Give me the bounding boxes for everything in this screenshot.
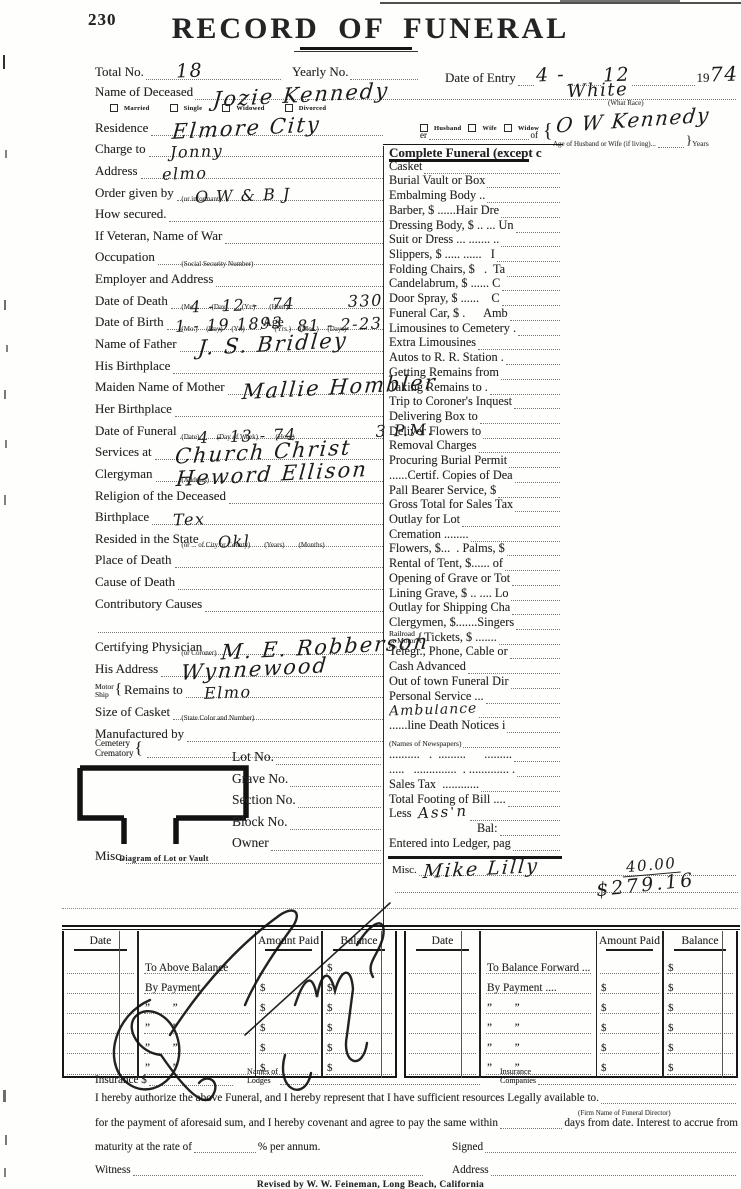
form-row: Place of Death bbox=[95, 547, 383, 569]
charge-item: .......... . ......... ......... bbox=[389, 748, 562, 763]
field-line bbox=[169, 206, 383, 222]
form-row: Occupation (Social Security Number) bbox=[95, 244, 383, 266]
charge-item-label: Barber, $ ......Hair Dre bbox=[389, 203, 499, 218]
charge-item-line bbox=[481, 780, 560, 792]
charge-item-line bbox=[510, 647, 560, 659]
widower-er-fragment: er bbox=[420, 130, 427, 140]
form-row: Employer and Address bbox=[95, 265, 383, 287]
companies-row: Insurance Companies bbox=[500, 1068, 738, 1085]
form-row: If Veteran, Name of War bbox=[95, 222, 383, 244]
payment-desc-cell: ” ” bbox=[481, 997, 596, 1017]
form-row: Birthplace Tex bbox=[95, 504, 383, 526]
charge-item-line bbox=[513, 839, 560, 851]
charge-item: Entered into Ledger, pag bbox=[389, 836, 562, 851]
charge-item: Sales Tax ............ bbox=[389, 777, 562, 792]
cell-dotted-line bbox=[667, 973, 733, 974]
charge-item-label: Door Spray, $ ...... C bbox=[389, 291, 500, 306]
field-sublabel: (or Coroner) bbox=[181, 649, 216, 657]
charge-item: Folding Chairs, $ . Ta bbox=[389, 262, 562, 277]
charge-item: Autos to R. R. Station . bbox=[389, 350, 562, 365]
lot-field-line bbox=[298, 793, 381, 808]
payment-balance-value: $ bbox=[664, 1017, 736, 1034]
checkbox-label: Divorced bbox=[299, 105, 327, 112]
charge-item-line bbox=[508, 795, 560, 807]
misc-left-row: Misc. bbox=[95, 848, 383, 864]
form-row: Date of Death 4 - 12 - 74 330 (Mo.) (Day… bbox=[95, 287, 383, 309]
misc-left-label: Misc. bbox=[95, 848, 124, 864]
charge-item-line bbox=[471, 530, 560, 542]
cell-dotted-line bbox=[600, 1013, 660, 1014]
checkbox-label: Married bbox=[124, 105, 150, 112]
charge-item: Less Ass'n bbox=[389, 807, 562, 822]
checkbox-icon bbox=[222, 104, 230, 112]
form-row: How secured. bbox=[95, 201, 383, 223]
charge-item: Extra Limousines bbox=[389, 336, 562, 351]
charge-item-label: Telegr., Phone, Cable or bbox=[389, 645, 508, 660]
field-label: Date of Birth bbox=[95, 314, 164, 330]
checkbox-icon bbox=[285, 104, 293, 112]
form-row: Residence Elmore City bbox=[95, 114, 383, 136]
charge-item: Barber, $ ......Hair Dre bbox=[389, 203, 562, 218]
field-sublabel: (State Color and Number) bbox=[181, 714, 254, 722]
field-label: Cause of Death bbox=[95, 574, 175, 590]
charge-item: (Names of Newspapers) bbox=[389, 733, 562, 748]
charge-item-line bbox=[501, 206, 560, 218]
charge-item-label: Flowers, $... . Palms, $ bbox=[389, 542, 505, 557]
form-row bbox=[95, 612, 383, 634]
charge-item-line bbox=[500, 824, 561, 836]
field-label: Services at bbox=[95, 444, 152, 460]
charge-item-label: Lining Grave, $ .. .... Lo bbox=[389, 586, 509, 601]
charge-item-line bbox=[483, 427, 560, 439]
charge-item-label: Casket bbox=[389, 159, 422, 174]
payment-balance-value: $ bbox=[664, 997, 736, 1014]
charge-item-label: Personal Service ... bbox=[389, 689, 484, 704]
form-row: Order given by O W & B J (or informant) bbox=[95, 179, 383, 201]
charge-item-hand-value: Ass'n bbox=[417, 807, 468, 822]
payment-desc-cell: ” ” bbox=[481, 1037, 596, 1057]
payment-balance-value: $ bbox=[664, 977, 736, 994]
lot-field-line bbox=[290, 772, 381, 787]
payment-desc: ” ” bbox=[481, 1037, 596, 1054]
field-line: Mallie Hombler bbox=[228, 379, 383, 395]
charge-item-line bbox=[424, 162, 560, 174]
charge-item-label: Less bbox=[389, 807, 412, 822]
charge-item: Telegr., Phone, Cable or bbox=[389, 645, 562, 660]
lot-field-label: Section No. bbox=[232, 792, 296, 808]
signed-line bbox=[485, 1142, 736, 1153]
form-row: Services at Church Christ bbox=[95, 439, 383, 461]
insurance-companies-label: Insurance Companies bbox=[500, 1068, 536, 1085]
total-no-label: Total No. bbox=[95, 64, 144, 80]
scan-artifact-line bbox=[560, 0, 680, 2]
charge-item-line bbox=[505, 559, 560, 571]
field-line: Elmo bbox=[186, 682, 383, 698]
page-title: RECORD OF FUNERAL bbox=[0, 12, 741, 46]
payment-amount-value: $ bbox=[597, 1037, 662, 1054]
scan-artifact-mark bbox=[4, 495, 6, 505]
item-stacked-prefix: Railroador Motor bbox=[389, 630, 416, 645]
spouse-age-row: Age of Husband or Wife (if living)... Ye… bbox=[553, 132, 738, 148]
lot-vault-diagram-drawing bbox=[76, 764, 252, 852]
scan-artifact-mark bbox=[6, 345, 8, 352]
left-form-rows: Residence Elmore City Charge to Jonny Ad… bbox=[95, 114, 383, 742]
charge-item-label: Out of town Funeral Dir bbox=[389, 674, 509, 689]
companies-label-line2: Companies bbox=[500, 1077, 536, 1086]
charge-item-label: Rental of Tent, $...... of bbox=[389, 556, 503, 571]
charge-item: Taking Remains to . bbox=[389, 380, 562, 395]
charge-item: Total Footing of Bill .... bbox=[389, 792, 562, 807]
scan-artifact-mark bbox=[5, 1135, 7, 1145]
charge-item-line bbox=[502, 279, 560, 291]
misc-right-label: Misc. bbox=[392, 864, 417, 876]
field-label: Date of Death bbox=[95, 293, 168, 309]
charge-item: Deliver Flowers to bbox=[389, 424, 562, 439]
name-of-deceased-row: Name of Deceased Jozie Kennedy White bbox=[95, 84, 738, 100]
charge-item-line bbox=[462, 515, 560, 527]
lot-field-row: Grave No. bbox=[232, 765, 383, 786]
charge-item-label: Autos to R. R. Station . bbox=[389, 350, 504, 365]
charge-item-label: Taking Remains to . bbox=[389, 380, 488, 395]
checkbox-label: Single bbox=[184, 105, 203, 112]
field-label: Address bbox=[95, 163, 138, 179]
charge-item: Lining Grave, $ .. .... Lo bbox=[389, 586, 562, 601]
charge-item-line bbox=[487, 191, 560, 203]
charge-item-line bbox=[468, 662, 560, 674]
charge-item: Cash Advanced bbox=[389, 659, 562, 674]
address-row: Address bbox=[452, 1164, 738, 1176]
charge-item-label: Removal Charges bbox=[389, 439, 477, 454]
cell-dotted-line bbox=[486, 973, 592, 974]
field-line: J. S. Bridley bbox=[180, 336, 383, 352]
field-label: Employer and Address bbox=[95, 271, 213, 287]
checkbox-icon bbox=[170, 104, 178, 112]
form-row: Her Birthplace bbox=[95, 395, 383, 417]
cell-dotted-line bbox=[486, 1033, 592, 1034]
payment-amount-value: $ bbox=[597, 1017, 662, 1034]
form-row: Maiden Name of Mother Mallie Hombler bbox=[95, 374, 383, 396]
entry-year-value: 74 bbox=[709, 62, 738, 87]
misc-right-hand-value: Mike Lilly bbox=[422, 855, 540, 883]
charge-item-label: Opening of Grave or Tot bbox=[389, 571, 510, 586]
charge-item: Removal Charges bbox=[389, 439, 562, 454]
charge-item-label: Sales Tax ............ bbox=[389, 777, 479, 792]
checkbox-label: Widowed bbox=[236, 105, 264, 112]
payment-amount-value: $ bbox=[597, 997, 662, 1014]
charge-item-label: Candelabrum, $ ...... C bbox=[389, 277, 500, 292]
field-sublabel: (Mo.) (Day) (Yr.) (Hour) bbox=[181, 303, 288, 311]
scan-artifact-mark bbox=[3, 55, 5, 69]
charge-item: Candelabrum, $ ...... C bbox=[389, 277, 562, 292]
scan-artifact-mark bbox=[4, 1168, 6, 1177]
charge-item-line bbox=[511, 589, 560, 601]
cell-dotted-line bbox=[486, 1013, 592, 1014]
lot-field-row: Lot No. bbox=[232, 744, 383, 765]
charge-item-label: Limousines to Cemetery . bbox=[389, 321, 516, 336]
charge-item-line bbox=[502, 294, 560, 306]
revision-footer: Revised by W. W. Feineman, Long Beach, C… bbox=[0, 1180, 741, 1189]
signature-overlay bbox=[95, 885, 425, 1120]
form-row: Date of Birth 1 - 19 1893 Age 81 - 2-23 … bbox=[95, 309, 383, 331]
brace-glyph bbox=[417, 630, 423, 645]
form-row: Religion of the Deceased bbox=[95, 482, 383, 504]
illegible-signature-strokes bbox=[95, 885, 425, 1120]
field-line: Wynnewood bbox=[161, 661, 383, 677]
charge-item-line bbox=[518, 324, 560, 336]
charge-item: Opening of Grave or Tot bbox=[389, 571, 562, 586]
form-row: Charge to Jonny bbox=[95, 136, 383, 158]
misc-left-line bbox=[126, 849, 381, 864]
payment-table-right-rows: To Balance Forward ... $ By Payment ....… bbox=[406, 957, 736, 1078]
field-label: Date of Funeral bbox=[95, 423, 177, 439]
payment-balance-cell: $ bbox=[664, 1037, 736, 1057]
cell-dotted-line bbox=[486, 993, 592, 994]
payment-balance-value: $ bbox=[664, 957, 736, 974]
brace-glyph bbox=[135, 738, 143, 758]
charge-item-label: Outlay for Lot bbox=[389, 512, 460, 527]
authorization-line-3: maturity at the rate of % per annum. bbox=[95, 1141, 345, 1153]
field-label: How secured. bbox=[95, 206, 166, 222]
charge-item-line bbox=[516, 221, 560, 233]
field-line: elmo bbox=[141, 163, 383, 179]
charge-item: Procuring Burial Permit bbox=[389, 453, 562, 468]
field-line bbox=[229, 488, 383, 504]
total-no-value: 18 bbox=[176, 60, 204, 83]
payment-desc-cell: By Payment .... bbox=[481, 977, 596, 997]
payment-row: ” ” $ $ bbox=[406, 997, 736, 1017]
rate-line bbox=[194, 1142, 256, 1153]
field-sublabel: (or ... of City or County) (Years) (Mont… bbox=[181, 541, 324, 549]
payment-amount-cell: $ bbox=[596, 997, 664, 1017]
lot-fields: Lot No. Grave No. Section No. Block No. … bbox=[232, 744, 383, 851]
charge-item: Casket bbox=[389, 159, 562, 174]
charge-item-label: Pall Bearer Service, $ bbox=[389, 483, 496, 498]
charge-item-line bbox=[506, 353, 560, 365]
field-line bbox=[216, 271, 383, 287]
field-label: Name of Father bbox=[95, 336, 177, 352]
form-row: Name of Father J. S. Bridley bbox=[95, 330, 383, 352]
lot-field-row: Section No. bbox=[232, 787, 383, 808]
form-row: Cause of Death bbox=[95, 568, 383, 590]
payment-amount-cell: $ bbox=[596, 1017, 664, 1037]
field-line: Jonny bbox=[149, 141, 383, 157]
balance-header: Balance bbox=[664, 931, 736, 947]
scanned-funeral-record: 230 RECORD OF FUNERAL Total No. 18 Yearl… bbox=[0, 0, 741, 1189]
charge-item: Pall Bearer Service, $ bbox=[389, 483, 562, 498]
signed-row: Signed bbox=[452, 1141, 738, 1153]
payment-amount-cell: $ bbox=[596, 1037, 664, 1057]
payment-balance-cell: $ bbox=[664, 977, 736, 997]
field-label: If Veteran, Name of War bbox=[95, 228, 222, 244]
field-sublabel: (Address) bbox=[181, 476, 209, 484]
form-row: Resided in the State Okl (or ... of City… bbox=[95, 525, 383, 547]
charge-item: Dressing Body, $ .. ... Un bbox=[389, 218, 562, 233]
title-underline-thin bbox=[294, 51, 418, 52]
charge-item: Ambulance bbox=[389, 704, 562, 719]
cell-dotted-line bbox=[486, 1053, 592, 1054]
charge-item: Cremation ........ bbox=[389, 527, 562, 542]
charge-item-label: ......line Death Notices i bbox=[389, 718, 505, 733]
charge-item: Rental of Tent, $...... of bbox=[389, 556, 562, 571]
field-label: Occupation bbox=[95, 249, 155, 265]
charges-list: Casket Burial Vault or Box Embalming Bod… bbox=[389, 159, 562, 851]
charge-item-label: ......Certif. Copies of Dea bbox=[389, 468, 513, 483]
payment-amount-cell: $ bbox=[596, 977, 664, 997]
payment-balance-cell: $ bbox=[664, 997, 736, 1017]
charge-item-line bbox=[463, 736, 560, 748]
charge-item-label: Trip to Coroner's Inquest bbox=[389, 395, 512, 410]
field-line: M. E. Robberson bbox=[205, 639, 383, 655]
charge-item-line bbox=[517, 765, 560, 777]
name-of-deceased-label: Name of Deceased bbox=[95, 84, 193, 100]
charge-item-line bbox=[516, 618, 560, 630]
amount-paid-header: Amount Paid bbox=[597, 931, 662, 947]
charge-item: Personal Service ... bbox=[389, 689, 562, 704]
charge-item: Embalming Body .. bbox=[389, 188, 562, 203]
scan-artifact-mark bbox=[5, 440, 7, 448]
cemetery-crematory-label: Cemetery Crematory bbox=[95, 738, 134, 758]
payment-desc: ” ” bbox=[481, 997, 596, 1014]
spouse-age-sublabel: Age of Husband or Wife (if living)... bbox=[553, 140, 656, 148]
charge-item-line bbox=[501, 235, 560, 247]
charge-item: Bal: bbox=[389, 821, 562, 836]
total-no-row: Total No. 18 bbox=[95, 64, 283, 80]
brace-glyph bbox=[115, 681, 122, 698]
field-line bbox=[98, 617, 383, 633]
field-label: His Address bbox=[95, 661, 158, 677]
payment-amount-value: $ bbox=[597, 977, 662, 994]
charge-item-line bbox=[509, 456, 560, 468]
charge-item-line bbox=[514, 750, 560, 762]
charge-item-line bbox=[480, 412, 560, 424]
payment-amount-cell bbox=[596, 957, 664, 977]
field-line bbox=[173, 358, 383, 374]
charge-item-label: ..... .............. . ............. . bbox=[389, 762, 515, 777]
charge-item-line bbox=[479, 441, 560, 453]
charge-item-label: Outlay for Shipping Cha bbox=[389, 601, 510, 616]
charge-item: Suit or Dress ... ....... .. bbox=[389, 233, 562, 248]
charge-item: Burial Vault or Box bbox=[389, 174, 562, 189]
charge-item-line bbox=[486, 692, 560, 704]
field-label: Place of Death bbox=[95, 552, 172, 568]
charge-item: Getting Remains from bbox=[389, 365, 562, 380]
total-no-line: 18 bbox=[146, 65, 281, 80]
field-sublabel: (or informant) bbox=[181, 195, 221, 203]
field-line: Tex bbox=[152, 509, 383, 525]
charge-item-label: Total Footing of Bill .... bbox=[389, 792, 506, 807]
charge-item-line bbox=[515, 500, 560, 512]
charge-item-label: Cremation ........ bbox=[389, 527, 469, 542]
yearly-no-row: Yearly No. bbox=[292, 64, 420, 80]
payment-table-right-header: Date Amount Paid Balance bbox=[406, 931, 736, 957]
payment-table-right: Date Amount Paid Balance To Balance Forw… bbox=[404, 931, 738, 1078]
what-race-sublabel: (What Race) bbox=[608, 99, 644, 107]
firm-name-line bbox=[601, 1093, 736, 1104]
charge-item-label: Suit or Dress ... ....... .. bbox=[389, 233, 499, 248]
address-label: Address bbox=[452, 1164, 489, 1176]
title-underline bbox=[300, 47, 412, 50]
cell-dotted-line bbox=[667, 1053, 733, 1054]
charge-item-label: Gross Total for Sales Tax bbox=[389, 498, 513, 513]
field-line bbox=[225, 228, 383, 244]
charge-item: Door Spray, $ ...... C bbox=[389, 291, 562, 306]
witness-label: Witness bbox=[95, 1164, 131, 1176]
header-amount-cell: Amount Paid bbox=[596, 931, 664, 957]
header-desc-cell bbox=[481, 931, 596, 957]
cell-dotted-line bbox=[600, 993, 660, 994]
charge-item-line bbox=[507, 544, 560, 556]
charge-item: ......Certif. Copies of Dea bbox=[389, 468, 562, 483]
maturity-text: maturity at the rate of bbox=[95, 1141, 192, 1153]
field-line bbox=[205, 596, 383, 612]
cell-dotted-line bbox=[600, 1033, 660, 1034]
yearly-no-label: Yearly No. bbox=[292, 64, 348, 80]
charge-item-label: Delivering Box to bbox=[389, 409, 478, 424]
payment-row: To Balance Forward ... $ bbox=[406, 957, 736, 977]
address-line bbox=[491, 1165, 736, 1176]
charge-item-line bbox=[490, 383, 560, 395]
field-label: Charge to bbox=[95, 141, 146, 157]
widower-of-row: er of bbox=[420, 130, 538, 140]
charge-item-line bbox=[470, 809, 560, 821]
charge-item-line bbox=[501, 368, 560, 380]
charge-item: Out of town Funeral Dir bbox=[389, 674, 562, 689]
charge-item-label: Procuring Burial Permit bbox=[389, 453, 507, 468]
cell-dotted-line bbox=[667, 1033, 733, 1034]
cell-dotted-line bbox=[667, 1013, 733, 1014]
charge-item-line bbox=[507, 721, 560, 733]
cell-dotted-line bbox=[667, 993, 733, 994]
charge-item-label: Entered into Ledger, pag bbox=[389, 836, 511, 851]
charge-item-line bbox=[512, 574, 560, 586]
charge-item-line bbox=[498, 486, 560, 498]
scan-artifact-mark bbox=[5, 150, 7, 158]
name-line: Jozie Kennedy White bbox=[195, 85, 736, 100]
scan-artifact-mark bbox=[3, 1090, 6, 1102]
witness-row: Witness bbox=[95, 1164, 425, 1176]
field-label: Remains to bbox=[124, 682, 183, 698]
form-row: Size of Casket (State Color and Number) bbox=[95, 698, 383, 720]
charge-item-label: Burial Vault or Box bbox=[389, 174, 485, 189]
charge-item-line bbox=[510, 309, 560, 321]
form-row: Certifying Physician M. E. Robberson (or… bbox=[95, 633, 383, 655]
header-underline bbox=[674, 949, 726, 951]
companies-line bbox=[538, 1074, 736, 1085]
brace-glyph bbox=[543, 120, 553, 143]
field-line bbox=[178, 574, 383, 590]
firm-name-sublabel: (Firm Name of Funeral Director) bbox=[578, 1109, 671, 1117]
charge-item: Slippers, $ ..... ...... I bbox=[389, 247, 562, 262]
payment-balance-value: $ bbox=[664, 1037, 736, 1054]
charge-item: Funeral Car, $ . Amb bbox=[389, 306, 562, 321]
field-label: His Birthplace bbox=[95, 358, 170, 374]
payment-balance-cell: $ bbox=[664, 1017, 736, 1037]
checkbox-icon bbox=[110, 104, 118, 112]
field-sublabel: (Mo.) (Day) (Yr.) (Yrs.) (Mos.) (Days) bbox=[181, 325, 346, 333]
column-divider bbox=[383, 146, 384, 925]
charge-item-line bbox=[515, 471, 560, 483]
cell-dotted-line bbox=[600, 1053, 660, 1054]
charge-item-label: Extra Limousines bbox=[389, 336, 476, 351]
witness-line bbox=[133, 1165, 423, 1176]
charge-item-label: Folding Chairs, $ . Ta bbox=[389, 262, 505, 277]
scan-artifact-line bbox=[380, 2, 741, 4]
charge-item-line bbox=[514, 397, 560, 409]
field-label: Residence bbox=[95, 120, 148, 136]
charge-item-line bbox=[479, 706, 560, 718]
cemetery-label: Cemetery bbox=[95, 738, 134, 748]
charge-item-label: Funeral Car, $ . Amb bbox=[389, 306, 508, 321]
